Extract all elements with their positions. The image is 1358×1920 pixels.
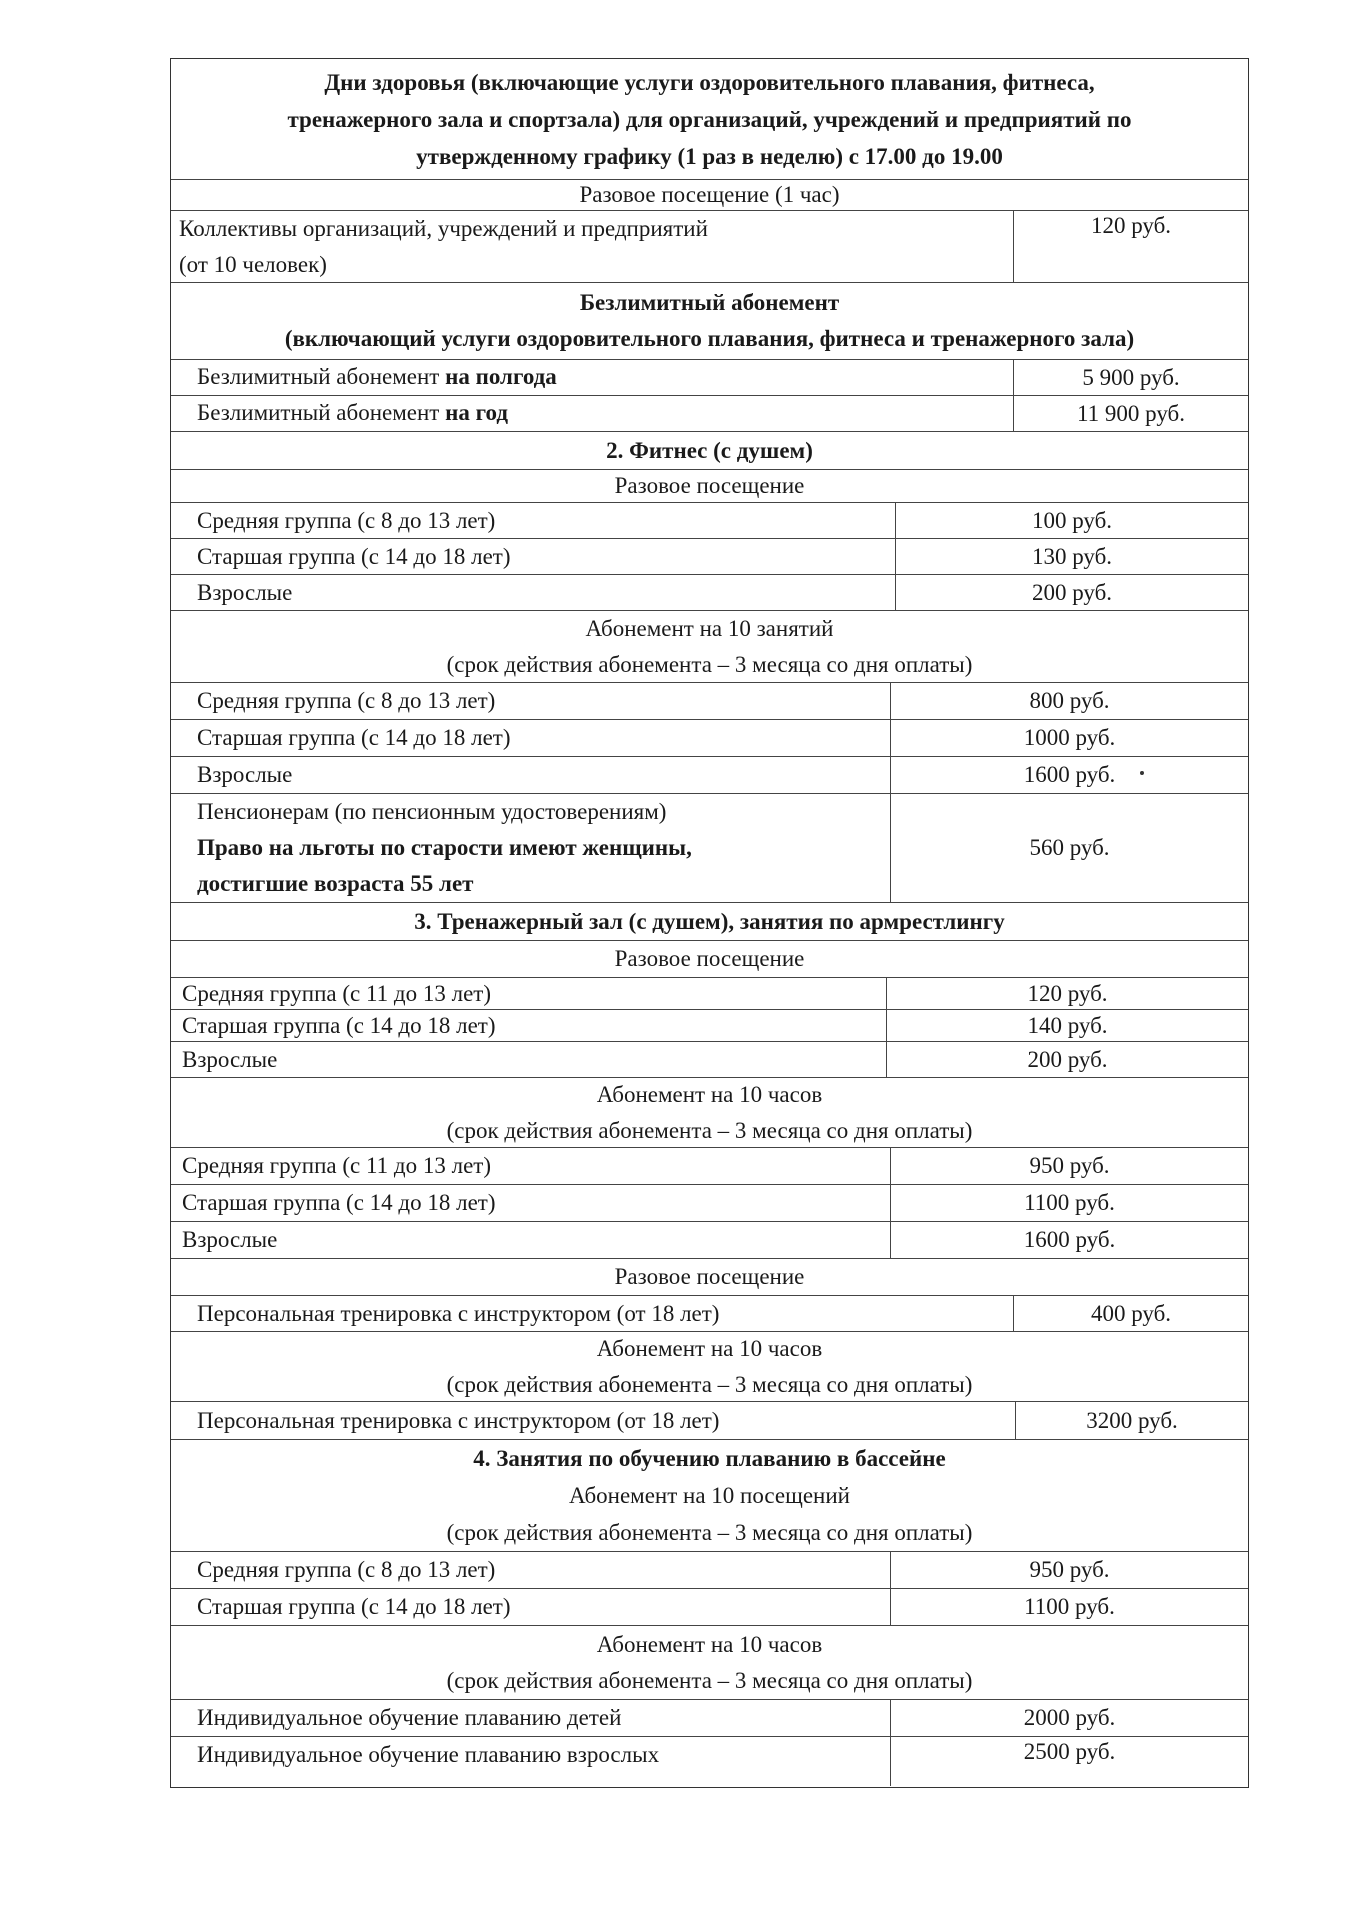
row-price: 2500 руб. [1024, 1739, 1116, 1765]
table-row: Индивидуальное обучение плаванию взрослы… [171, 1736, 1248, 1786]
subscription-note: (срок действия абонемента – 3 месяца со … [447, 1514, 973, 1551]
section-subheading: Разовое посещение [615, 1259, 805, 1295]
row-price: 120 руб. [1027, 981, 1107, 1007]
table-row: Средняя группа (с 11 до 13 лет) 950 руб. [171, 1147, 1248, 1184]
health-days-title-line: тренажерного зала и спортзала) для орган… [287, 101, 1131, 138]
row-price: 140 руб. [1027, 1013, 1107, 1039]
table-row: Средняя группа (с 8 до 13 лет) 100 руб. [171, 502, 1248, 538]
row-label: Средняя группа (с 8 до 13 лет) [197, 503, 895, 539]
health-days-title-line: утвержденному графику (1 раз в неделю) с… [416, 138, 1003, 175]
fitness-subscription-heading: Абонемент на 10 занятий (срок действия а… [171, 610, 1248, 682]
row-price: 3200 руб. [1086, 1408, 1178, 1434]
section-subheading: Абонемент на 10 часов [597, 1331, 822, 1367]
table-row: Индивидуальное обучение плаванию детей 2… [171, 1699, 1248, 1736]
table-row: Старшая группа (с 14 до 18 лет) 1000 руб… [171, 719, 1248, 756]
price-table: Дни здоровья (включающие услуги оздорови… [170, 58, 1249, 1788]
row-price: 1100 руб. [1024, 1594, 1115, 1620]
row-price: 950 руб. [1029, 1153, 1109, 1179]
row-price: 800 руб. [1029, 688, 1109, 714]
table-row: Персональная тренировка с инструктором (… [171, 1401, 1248, 1439]
table-row: Персональная тренировка с инструктором (… [171, 1295, 1248, 1331]
table-row: Старшая группа (с 14 до 18 лет) 1100 руб… [171, 1184, 1248, 1221]
row-price: 560 руб. [1029, 835, 1109, 861]
table-row: Взрослые 1600 руб. [171, 756, 1248, 793]
gym-personal-single-heading: Разовое посещение [171, 1258, 1248, 1295]
row-label: Средняя группа (с 8 до 13 лет) [197, 683, 890, 719]
swimming-hours-heading: Абонемент на 10 часов (срок действия або… [171, 1625, 1248, 1699]
subscription-note: (срок действия абонемента – 3 месяца со … [447, 1113, 973, 1149]
row-label: (от 10 человек) [179, 247, 1013, 283]
section-subheading: Абонемент на 10 посещений [569, 1477, 850, 1514]
health-days-title-line: Дни здоровья (включающие услуги оздорови… [324, 64, 1094, 101]
table-row: Старшая группа (с 14 до 18 лет) 1100 руб… [171, 1588, 1248, 1625]
row-price: 100 руб. [1032, 508, 1112, 534]
row-price: 2000 руб. [1024, 1705, 1116, 1731]
row-label: Персональная тренировка с инструктором (… [197, 1296, 1013, 1332]
row-label: Средняя группа (с 11 до 13 лет) [182, 976, 886, 1012]
row-label: Безлимитный абонемент [197, 364, 445, 389]
table-row: Средняя группа (с 8 до 13 лет) 950 руб. [171, 1551, 1248, 1588]
table-row: Старшая группа (с 14 до 18 лет) 130 руб. [171, 538, 1248, 574]
section-title: 4. Занятия по обучению плаванию в бассей… [473, 1440, 945, 1477]
row-label: Индивидуальное обучение плаванию взрослы… [197, 1737, 890, 1773]
section-subheading: Абонемент на 10 часов [597, 1627, 822, 1663]
section-title: 3. Тренажерный зал (с душем), занятия по… [414, 904, 1004, 940]
row-price: 5 900 руб. [1082, 365, 1179, 391]
subscription-note: (срок действия абонемента – 3 месяца со … [447, 1663, 973, 1699]
table-row: Средняя группа (с 8 до 13 лет) 800 руб. [171, 682, 1248, 719]
gym-single-visit-heading: Разовое посещение [171, 940, 1248, 977]
unlimited-header: Безлимитный абонемент (включающий услуги… [171, 282, 1248, 359]
row-label: Взрослые [182, 1222, 890, 1258]
fitness-section-title: 2. Фитнес (с душем) [171, 431, 1248, 469]
unlimited-subtitle: (включающий услуги оздоровительного плав… [285, 321, 1134, 357]
row-label: Старшая группа (с 14 до 18 лет) [182, 1008, 886, 1044]
gym-subscription-heading: Абонемент на 10 часов (срок действия або… [171, 1077, 1248, 1147]
row-price: 120 руб. [1091, 213, 1171, 239]
row-price: 950 руб. [1029, 1557, 1109, 1583]
table-row: Взрослые 200 руб. [171, 1041, 1248, 1077]
row-label: Средняя группа (с 11 до 13 лет) [182, 1148, 890, 1184]
row-price: 400 руб. [1091, 1301, 1171, 1327]
subscription-note: (срок действия абонемента – 3 месяца со … [447, 1367, 973, 1403]
pensioners-note-line: достигшие возраста 55 лет [197, 866, 890, 902]
row-label: Взрослые [197, 757, 890, 793]
row-price: 11 900 руб. [1077, 401, 1185, 427]
row-label: Индивидуальное обучение плаванию детей [197, 1700, 890, 1736]
health-days-header: Дни здоровья (включающие услуги оздорови… [171, 59, 1248, 179]
row-label: Старшая группа (с 14 до 18 лет) [182, 1185, 890, 1221]
section-title: 2. Фитнес (с душем) [606, 433, 813, 469]
row-label: Безлимитный абонемент [197, 400, 445, 425]
table-row: Взрослые 200 руб. [171, 574, 1248, 610]
row-label: Взрослые [197, 575, 895, 611]
row-label: Старшая группа (с 14 до 18 лет) [197, 720, 890, 756]
section-subheading: Разовое посещение (1 час) [579, 177, 839, 213]
gym-section-title: 3. Тренажерный зал (с душем), занятия по… [171, 902, 1248, 940]
row-price: 130 руб. [1032, 544, 1112, 570]
swimming-header: 4. Занятия по обучению плаванию в бассей… [171, 1439, 1248, 1551]
subscription-note: (срок действия абонемента – 3 месяца со … [447, 647, 973, 683]
health-days-single-visit-heading: Разовое посещение (1 час) [171, 179, 1248, 210]
pensioners-note-line: Право на льготы по старости имеют женщин… [197, 830, 890, 866]
table-row: Коллективы организаций, учреждений и пре… [171, 210, 1248, 282]
row-label: Старшая группа (с 14 до 18 лет) [197, 1589, 890, 1625]
row-label: Взрослые [182, 1042, 886, 1078]
row-label: Старшая группа (с 14 до 18 лет) [197, 539, 895, 575]
row-label: Пенсионерам (по пенсионным удостоверения… [197, 794, 890, 830]
row-label: Персональная тренировка с инструктором (… [197, 1403, 1015, 1439]
row-price: 200 руб. [1027, 1047, 1107, 1073]
row-price: 200 руб. [1032, 580, 1112, 606]
section-subheading: Абонемент на 10 часов [597, 1077, 822, 1113]
table-row: Средняя группа (с 11 до 13 лет) 120 руб. [171, 977, 1248, 1009]
row-price: 1100 руб. [1024, 1190, 1115, 1216]
section-subheading: Разовое посещение [615, 941, 805, 977]
gym-personal-subscription-heading: Абонемент на 10 часов (срок действия або… [171, 1331, 1248, 1401]
table-row-pensioners: Пенсионерам (по пенсионным удостоверения… [171, 793, 1248, 902]
table-row: Безлимитный абонемент на год 11 900 руб. [171, 395, 1248, 431]
row-price: 1600 руб. [1024, 1227, 1116, 1253]
row-price: 1000 руб. [1024, 725, 1116, 751]
table-row: Старшая группа (с 14 до 18 лет) 140 руб. [171, 1009, 1248, 1041]
section-subheading: Абонемент на 10 занятий [586, 611, 834, 647]
row-label-bold: на год [445, 400, 508, 425]
row-label: Коллективы организаций, учреждений и пре… [179, 211, 1013, 247]
table-row: Взрослые 1600 руб. [171, 1221, 1248, 1258]
row-price: 1600 руб. [1024, 762, 1116, 788]
row-label: Средняя группа (с 8 до 13 лет) [197, 1552, 890, 1588]
unlimited-title: Безлимитный абонемент [580, 285, 839, 321]
row-label-bold: на полгода [445, 364, 557, 389]
scan-speck [1140, 771, 1144, 775]
section-subheading: Разовое посещение [615, 468, 805, 504]
table-row: Безлимитный абонемент на полгода 5 900 р… [171, 359, 1248, 395]
fitness-single-visit-heading: Разовое посещение [171, 469, 1248, 502]
